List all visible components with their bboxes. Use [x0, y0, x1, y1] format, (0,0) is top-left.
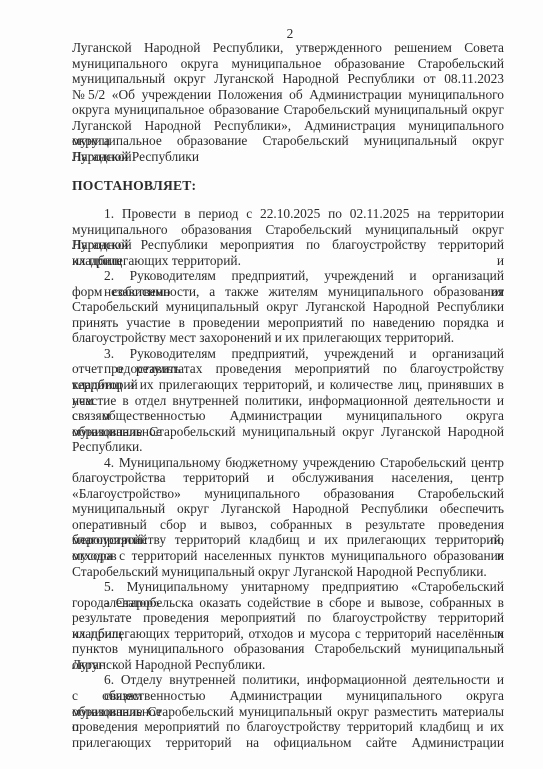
text-line: отчет о результатах проведения мероприят…	[72, 361, 504, 377]
text-line: участие в отдел внутренней политики, инф…	[72, 393, 504, 409]
text-line: 5. Муниципальному унитарному предприятию…	[72, 579, 504, 595]
text-line: №5/2 «Об учреждении Положения об Админис…	[72, 87, 504, 103]
text-line: образование Старобельский муниципальный …	[72, 424, 504, 440]
text-line: пунктов муниципального образования Старо…	[72, 641, 504, 657]
text-line: форм собственности, а также жителям муни…	[72, 284, 504, 300]
resolution-heading: ПОСТАНОВЛЯЕТ:	[72, 178, 196, 193]
text-line: Луганской Народной Республики», Админист…	[72, 118, 504, 134]
text-line: принять участие в проведении мероприятий…	[72, 315, 504, 331]
resolution-item-6: 6. Отделу внутренней политики, информаци…	[72, 672, 504, 750]
text-line: Старобельский муниципальный округ Луганс…	[72, 299, 504, 315]
text-line: прилегающих территорий на официальном са…	[72, 735, 504, 751]
text-line: 3. Руководителям предприятий, учреждений…	[72, 346, 504, 362]
text-line: мусора с территорий населенных пунктов м…	[72, 548, 504, 564]
text-line: образование Старобельский муниципальный …	[72, 704, 504, 720]
text-line: благоустройству территорий кладбищ и их …	[72, 532, 504, 548]
text-line: 6. Отделу внутренней политики, информаци…	[72, 672, 504, 688]
text-line: Луганской Народной Республики.	[72, 657, 504, 673]
text-line: «Благоустройство» муниципального образов…	[72, 486, 504, 502]
text-line: города Старобельска оказать содействие в…	[72, 595, 504, 611]
text-line: 2. Руководителям предприятий, учреждений…	[72, 268, 504, 284]
document-page: 2 Луганской Народной Республики, утвержд…	[0, 0, 543, 769]
resolution-heading-block: ПОСТАНОВЛЯЕТ:	[72, 178, 504, 194]
text-line: 4. Муниципальному бюджетному учреждению …	[72, 455, 504, 471]
text-line: муниципальный округ Луганской Народной Р…	[72, 71, 504, 87]
text-line: оперативный сбор и вывоз, собранных в ре…	[72, 517, 504, 533]
resolution-item-5: 5. Муниципальному унитарному предприятию…	[72, 579, 504, 672]
text-line: Народной Республики	[72, 149, 504, 165]
text-line: результате проведения мероприятий по бла…	[72, 610, 504, 626]
text-line: Народной Республики мероприятия по благо…	[72, 237, 504, 253]
text-line: муниципальный округ Луганской Народной Р…	[72, 501, 504, 517]
text-line: с общественностью Администрации муниципа…	[72, 688, 504, 704]
text-line: благоустройству мест захоронений и их пр…	[72, 330, 504, 346]
text-line: с общественностью Администрации муниципа…	[72, 408, 504, 424]
text-line: Старобельский муниципальный округ Луганс…	[72, 564, 504, 580]
resolution-item-1: 1. Провести в период с 22.10.2025 по 02.…	[72, 206, 504, 268]
resolution-item-3: 3. Руководителям предприятий, учреждений…	[72, 346, 504, 455]
text-line: благоустройства территорий и обслуживани…	[72, 470, 504, 486]
resolution-item-4: 4. Муниципальному бюджетному учреждению …	[72, 455, 504, 579]
text-line: 1. Провести в период с 22.10.2025 по 02.…	[72, 206, 504, 222]
resolution-item-2: 2. Руководителям предприятий, учреждений…	[72, 268, 504, 346]
text-line: проведения мероприятий по благоустройств…	[72, 719, 504, 735]
intro-paragraph: Луганской Народной Республики, утвержден…	[72, 40, 504, 164]
text-line: муниципального округа муниципальное обра…	[72, 56, 504, 72]
text-line: муниципальное образование Старобельский …	[72, 133, 504, 149]
text-line: кладбищ и их прилегающих территорий, и к…	[72, 377, 504, 393]
text-line: Республики.	[72, 439, 504, 455]
text-line: муниципального образования Старобельский…	[72, 222, 504, 238]
text-line: Луганской Народной Республики, утвержден…	[72, 40, 504, 56]
resolution-items: 1. Провести в период с 22.10.2025 по 02.…	[72, 206, 504, 750]
text-line: округа муниципальное образование Старобе…	[72, 102, 504, 118]
text-line: их прилегающих территорий, отходов и мус…	[72, 626, 504, 642]
